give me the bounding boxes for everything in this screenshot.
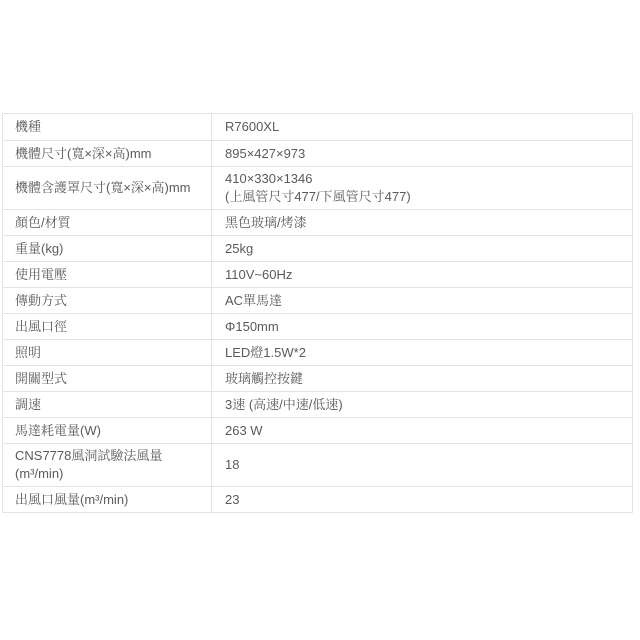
spec-value-text: 玻璃觸控按鍵 — [225, 370, 303, 388]
spec-value: Φ150mm — [212, 314, 632, 339]
spec-value-text: 18 — [225, 456, 239, 474]
spec-row-outlet-diameter: 出風口徑 Φ150mm — [3, 313, 632, 339]
spec-label: 機種 — [3, 114, 212, 140]
spec-row-cns7778-airflow: CNS7778風洞試驗法風量 (m³/min) 18 — [3, 443, 632, 486]
spec-label: 馬達耗電量(W) — [3, 418, 212, 443]
spec-value-text: 895×427×973 — [225, 145, 305, 163]
spec-label-text: 顏色/材質 — [15, 214, 71, 232]
spec-row-switch-type: 開關型式 玻璃觸控按鍵 — [3, 365, 632, 391]
spec-row-outlet-airflow: 出風口風量(m³/min) 23 — [3, 486, 632, 512]
spec-value: 玻璃觸控按鍵 — [212, 366, 632, 391]
spec-value-text: 25kg — [225, 240, 253, 258]
spec-label-text: 照明 — [15, 344, 41, 362]
spec-label-text: 出風口徑 — [15, 318, 67, 336]
spec-label-text: 出風口風量(m³/min) — [15, 491, 128, 509]
spec-value: 23 — [212, 487, 632, 512]
spec-value-text: LED燈1.5W*2 — [225, 344, 306, 362]
spec-value-text: 263 W — [225, 422, 263, 440]
spec-value-text: 黑色玻璃/烤漆 — [225, 214, 307, 232]
spec-label-text: 機體尺寸(寬×深×高)mm — [15, 145, 152, 163]
spec-value: 黑色玻璃/烤漆 — [212, 210, 632, 235]
spec-value: LED燈1.5W*2 — [212, 340, 632, 365]
spec-value: 3速 (高速/中速/低速) — [212, 392, 632, 417]
spec-value-text: 23 — [225, 491, 239, 509]
spec-row-voltage: 使用電壓 110V~60Hz — [3, 261, 632, 287]
spec-value: 895×427×973 — [212, 141, 632, 166]
spec-row-weight: 重量(kg) 25kg — [3, 235, 632, 261]
spec-value-text: Φ150mm — [225, 318, 279, 336]
spec-row-color-material: 顏色/材質 黑色玻璃/烤漆 — [3, 209, 632, 235]
spec-value-text: AC單馬達 — [225, 292, 282, 310]
spec-label: 重量(kg) — [3, 236, 212, 261]
spec-label: 出風口徑 — [3, 314, 212, 339]
spec-value-text: R7600XL — [225, 118, 279, 136]
spec-value: AC單馬達 — [212, 288, 632, 313]
spec-value: 410×330×1346 (上風管尺寸477/下風管尺寸477) — [212, 167, 632, 209]
spec-label-text: CNS7778風洞試驗法風量 (m³/min) — [15, 447, 162, 483]
spec-value-text: 410×330×1346 (上風管尺寸477/下風管尺寸477) — [225, 170, 411, 206]
spec-row-speed-control: 調速 3速 (高速/中速/低速) — [3, 391, 632, 417]
spec-value-text: 3速 (高速/中速/低速) — [225, 396, 343, 414]
spec-label: 出風口風量(m³/min) — [3, 487, 212, 512]
spec-row-dimensions-with-cover: 機體含護罩尺寸(寬×深×高)mm 410×330×1346 (上風管尺寸477/… — [3, 166, 632, 209]
spec-label: 機體含護罩尺寸(寬×深×高)mm — [3, 167, 212, 209]
spec-label-text: 重量(kg) — [15, 240, 63, 258]
spec-value: 25kg — [212, 236, 632, 261]
spec-row-motor-power: 馬達耗電量(W) 263 W — [3, 417, 632, 443]
spec-label: 照明 — [3, 340, 212, 365]
spec-label: 調速 — [3, 392, 212, 417]
spec-label: 顏色/材質 — [3, 210, 212, 235]
spec-label: 機體尺寸(寬×深×高)mm — [3, 141, 212, 166]
spec-label: 開關型式 — [3, 366, 212, 391]
spec-label-text: 使用電壓 — [15, 266, 67, 284]
spec-label: 傳動方式 — [3, 288, 212, 313]
spec-value: 110V~60Hz — [212, 262, 632, 287]
spec-value: 263 W — [212, 418, 632, 443]
spec-row-model: 機種 R7600XL — [3, 114, 632, 140]
spec-table: 機種 R7600XL 機體尺寸(寬×深×高)mm 895×427×973 機體含… — [2, 113, 633, 513]
spec-label-text: 機體含護罩尺寸(寬×深×高)mm — [15, 179, 191, 197]
spec-label-text: 機種 — [15, 118, 41, 136]
spec-label-text: 開關型式 — [15, 370, 67, 388]
spec-label-text: 調速 — [15, 396, 41, 414]
spec-label-text: 馬達耗電量(W) — [15, 422, 101, 440]
spec-label-text: 傳動方式 — [15, 292, 67, 310]
spec-value-text: 110V~60Hz — [225, 266, 292, 284]
spec-row-drive-type: 傳動方式 AC單馬達 — [3, 287, 632, 313]
spec-label: 使用電壓 — [3, 262, 212, 287]
spec-value: 18 — [212, 444, 632, 486]
spec-value: R7600XL — [212, 114, 632, 140]
spec-row-lighting: 照明 LED燈1.5W*2 — [3, 339, 632, 365]
spec-label: CNS7778風洞試驗法風量 (m³/min) — [3, 444, 212, 486]
spec-row-body-dimensions: 機體尺寸(寬×深×高)mm 895×427×973 — [3, 140, 632, 166]
